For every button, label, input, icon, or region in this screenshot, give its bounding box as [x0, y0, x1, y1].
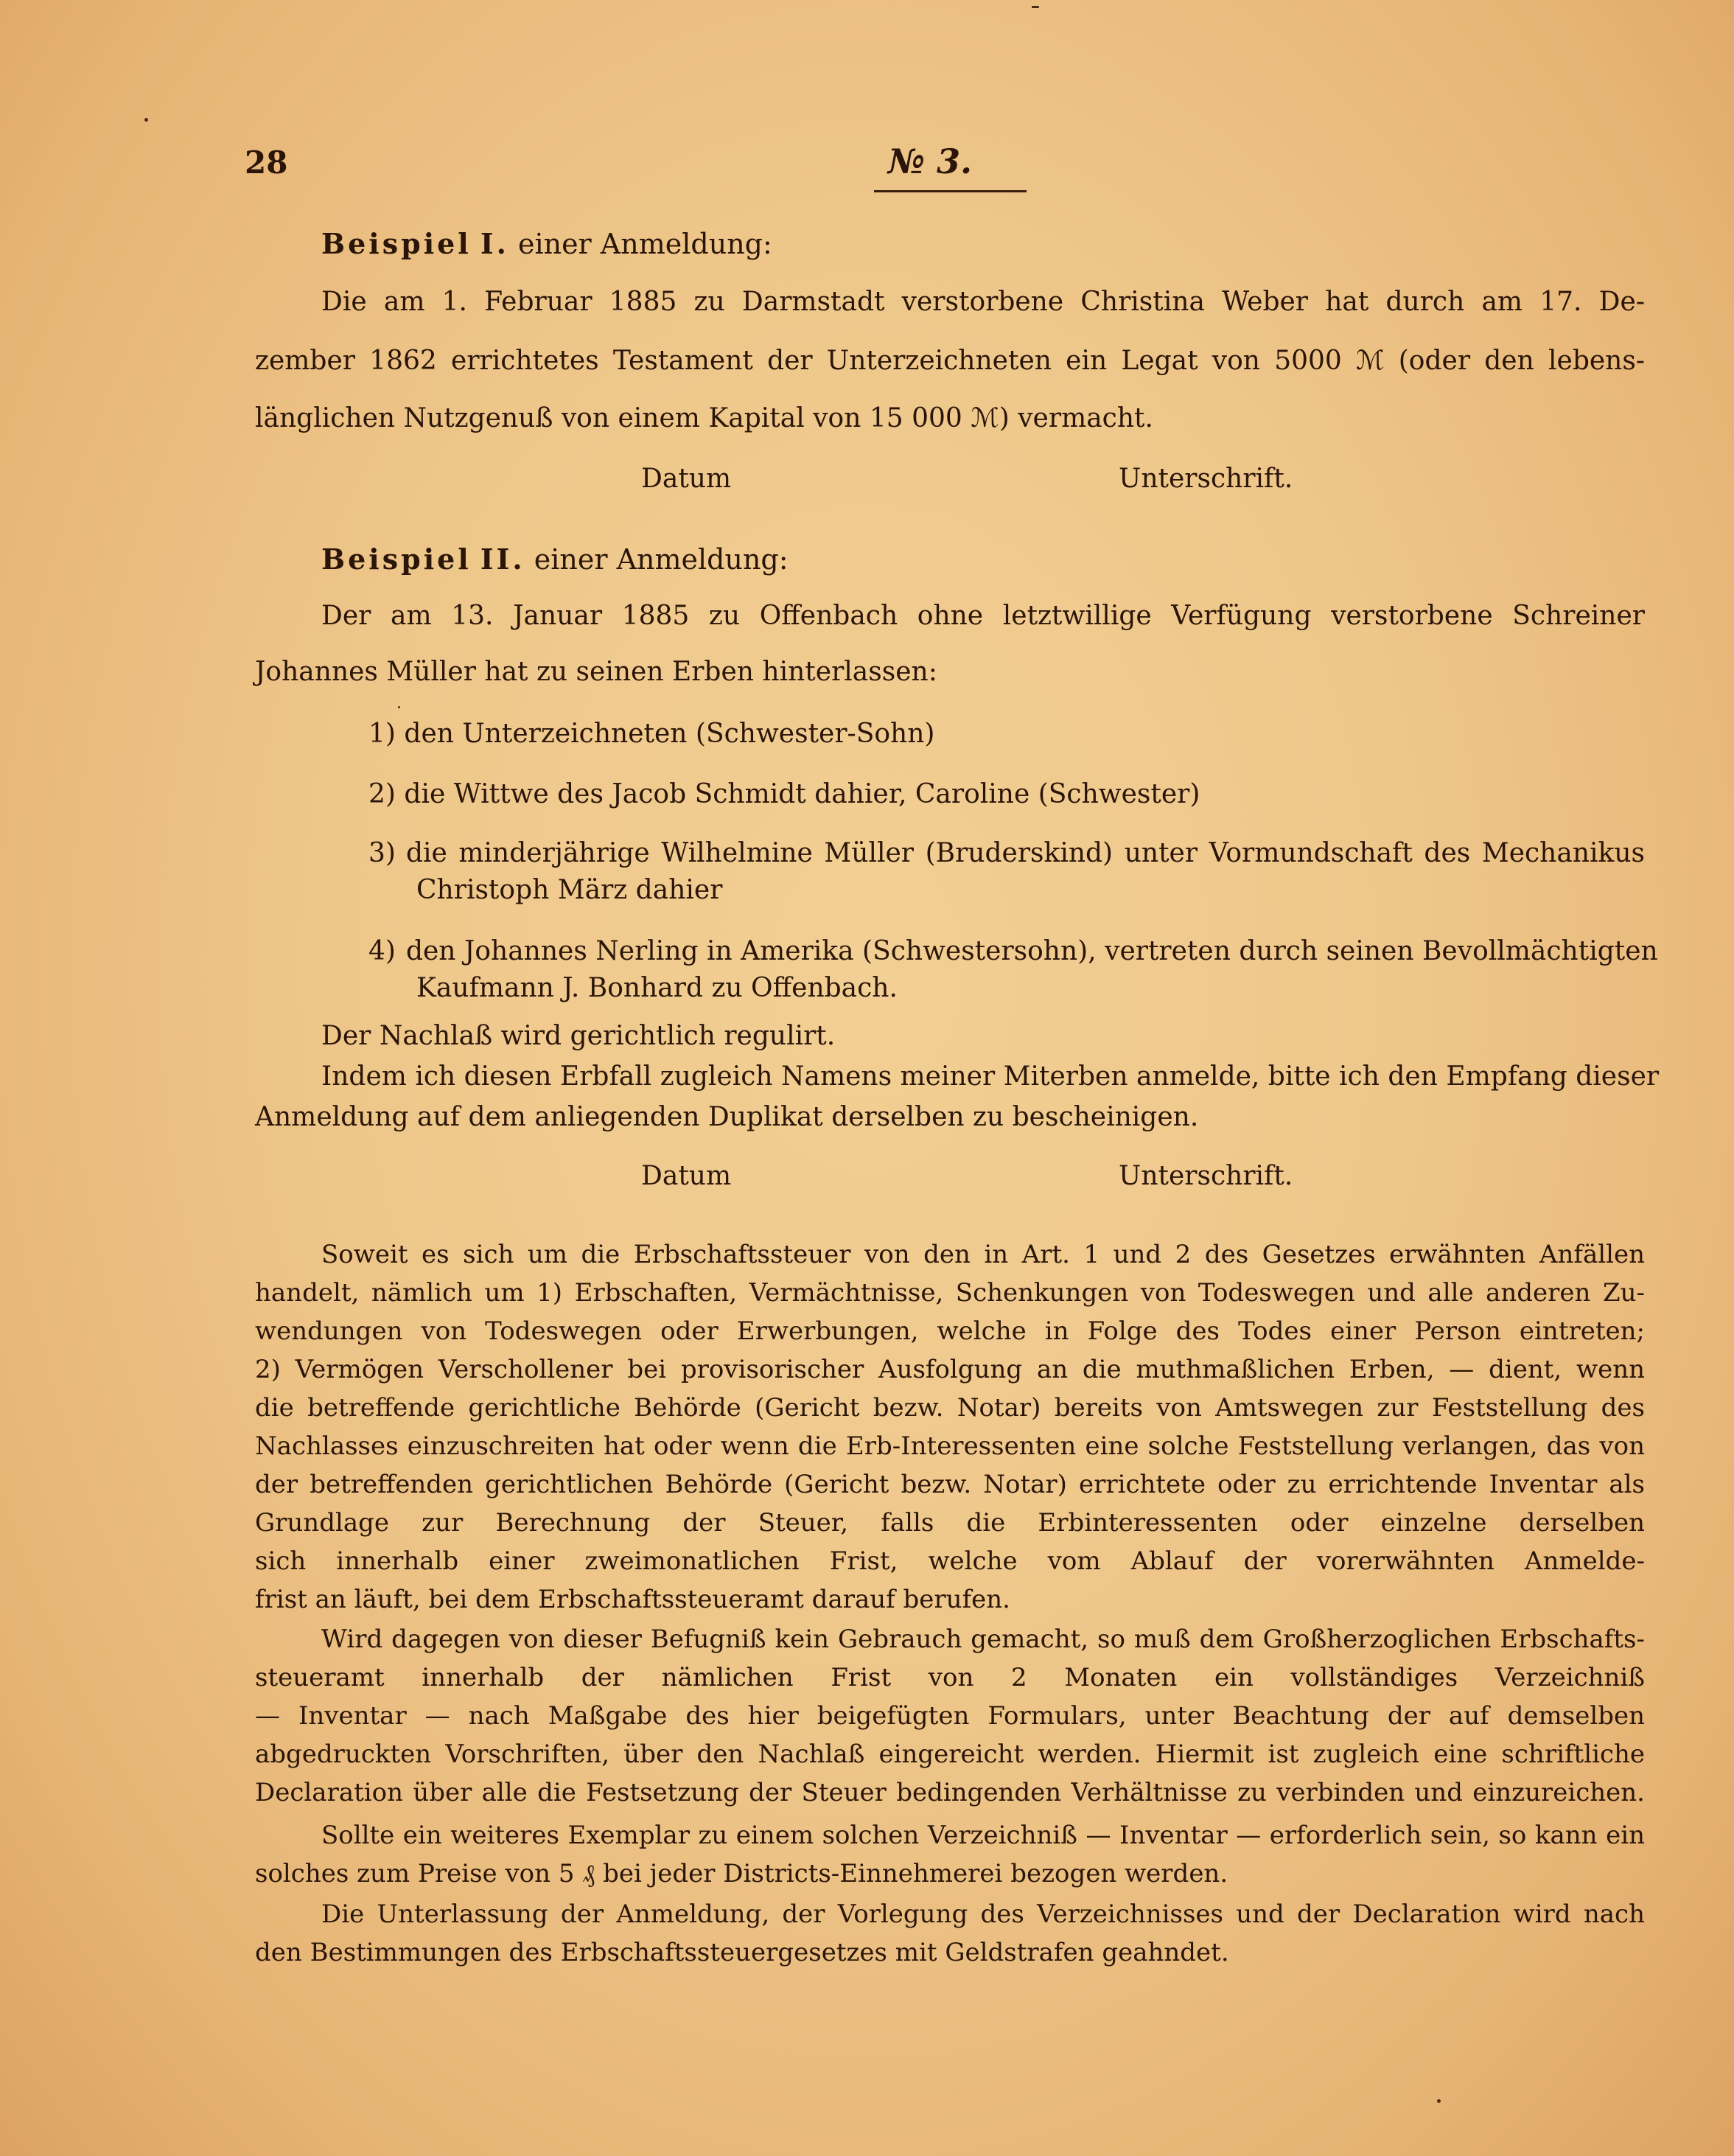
paragraph-text: Sollte ein weiteres Exemplar zu einem so…: [321, 1816, 1645, 1855]
heir-text: die Wittwe des Jacob Schmidt dahier, Car…: [404, 779, 1200, 809]
paragraph-text: den Bestimmungen des Erbschaftssteuerges…: [255, 1933, 1229, 1972]
paragraph-text: die betreffende gerichtliche Behörde (Ge…: [255, 1389, 1645, 1427]
paper-speck: [144, 118, 148, 122]
paragraph-4: Die Unterlassung der Anmeldung, der Vorl…: [255, 1895, 1645, 1972]
paragraph-line: Wird dagegen von dieser Befugniß kein Ge…: [255, 1620, 1645, 1658]
paragraph-text: — Inventar — nach Maßgabe des hier beige…: [255, 1697, 1645, 1735]
paragraph-line: Die Unterlassung der Anmeldung, der Vorl…: [255, 1895, 1645, 1933]
heir-number: 3): [368, 840, 396, 867]
paragraph-text: Nachlasses einzuschreiten hat oder wenn …: [255, 1427, 1645, 1465]
paragraph-1: Soweit es sich um die Erbschaftssteuer v…: [255, 1235, 1645, 1619]
example2-heading-rest: einer Anmeldung:: [534, 543, 789, 576]
heir-text: den Johannes Nerling in Amerika (Schwest…: [406, 938, 1658, 965]
paragraph-line: Grundlage zur Berechnung der Steuer, fal…: [255, 1504, 1645, 1542]
example2-heading-numeral: II.: [480, 543, 525, 576]
paragraph-line: — Inventar — nach Maßgabe des hier beige…: [255, 1697, 1645, 1735]
paragraph-text: sich innerhalb einer zweimonatlichen Fri…: [255, 1542, 1645, 1580]
paragraph-line: frist an läuft, bei dem Erbschaftssteuer…: [255, 1580, 1645, 1619]
paragraph-line: Declaration über alle die Festsetzung de…: [255, 1773, 1645, 1812]
heir-number: 4): [368, 938, 396, 965]
heir-item-4-cont: Kaufmann J. Bonhard zu Offenbach.: [416, 975, 898, 1002]
example2-line-1: Der am 13. Januar 1885 zu Offenbach ohne…: [321, 603, 1645, 629]
paper-speck: [1437, 2099, 1441, 2103]
paragraph-text: Die Unterlassung der Anmeldung, der Vorl…: [321, 1895, 1645, 1933]
example1-line-2: zember 1862 errichtetes Testament der Un…: [255, 348, 1645, 374]
paragraph-line: Nachlasses einzuschreiten hat oder wenn …: [255, 1427, 1645, 1465]
paragraph-text: frist an läuft, bei dem Erbschaftssteuer…: [255, 1580, 1010, 1619]
request-text: Indem ich diesen Erbfall zugleich Namens…: [321, 1064, 1645, 1090]
example2-heading: Beispiel II. einer Anmeldung:: [321, 545, 789, 573]
example2-signature-label: Unterschrift.: [1119, 1163, 1293, 1190]
example1-text: zember 1862 errichtetes Testament der Un…: [255, 348, 1645, 374]
heir-text: den Unterzeichneten (Schwester-Sohn): [404, 719, 934, 749]
issue-number: № 3.: [888, 142, 972, 181]
example2-date-label: Datum: [641, 1163, 731, 1190]
example1-line-3: länglichen Nutzgenuß von einem Kapital v…: [255, 405, 1153, 432]
example1-heading-rest: einer Anmeldung:: [518, 228, 772, 260]
page-number: 28: [245, 144, 287, 181]
paragraph-line: wendungen von Todeswegen oder Erwerbunge…: [255, 1312, 1645, 1350]
heir-number: 1): [368, 719, 396, 749]
paragraph-line: die betreffende gerichtliche Behörde (Ge…: [255, 1389, 1645, 1427]
example1-date-label: Datum: [641, 466, 731, 492]
paragraph-line: abgedruckten Vorschriften, über den Nach…: [255, 1735, 1645, 1773]
paper-speck: [1032, 6, 1039, 8]
example2-text: Der am 13. Januar 1885 zu Offenbach ohne…: [321, 603, 1645, 629]
request-line-1: Indem ich diesen Erbfall zugleich Namens…: [321, 1064, 1645, 1090]
example1-signature-label: Unterschrift.: [1119, 466, 1293, 492]
paragraph-text: Grundlage zur Berechnung der Steuer, fal…: [255, 1504, 1645, 1542]
paragraph-text: der betreffenden gerichtlichen Behörde (…: [255, 1465, 1645, 1504]
paragraph-text: solches zum Preise von 5 ₰ bei jeder Dis…: [255, 1855, 1228, 1893]
paragraph-line: den Bestimmungen des Erbschaftssteuerges…: [255, 1933, 1645, 1972]
paragraph-line: Sollte ein weiteres Exemplar zu einem so…: [255, 1816, 1645, 1855]
paragraph-line: Soweit es sich um die Erbschaftssteuer v…: [255, 1235, 1645, 1274]
paragraph-line: solches zum Preise von 5 ₰ bei jeder Dis…: [255, 1855, 1645, 1893]
heir-item-1: 1) den Unterzeichneten (Schwester-Sohn): [368, 721, 934, 747]
paragraph-text: Wird dagegen von dieser Befugniß kein Ge…: [321, 1620, 1645, 1658]
example1-text: Die am 1. Februar 1885 zu Darmstadt vers…: [321, 289, 1645, 315]
heir-item-3-cont: Christoph März dahier: [416, 877, 722, 904]
paragraph-line: handelt, nämlich um 1) Erbschaften, Verm…: [255, 1274, 1645, 1312]
heir-item-2: 2) die Wittwe des Jacob Schmidt dahier, …: [368, 781, 1200, 808]
paragraph-line: 2) Vermögen Verschollener bei provisoris…: [255, 1350, 1645, 1389]
paragraph-text: Declaration über alle die Festsetzung de…: [255, 1773, 1645, 1812]
heir-number: 2): [368, 779, 396, 809]
paper-speck: [398, 706, 400, 708]
example1-heading-numeral: I.: [480, 227, 509, 260]
heir-text: die minderjährige Wilhelmine Müller (Bru…: [406, 840, 1645, 867]
example2-heading-word: Beispiel: [321, 543, 472, 576]
paragraph-text: handelt, nämlich um 1) Erbschaften, Verm…: [255, 1274, 1645, 1312]
paragraph-line: der betreffenden gerichtlichen Behörde (…: [255, 1465, 1645, 1504]
paragraph-text: 2) Vermögen Verschollener bei provisoris…: [255, 1350, 1645, 1389]
paragraph-line: steueramt innerhalb der nämlichen Frist …: [255, 1658, 1645, 1697]
paragraph-2: Wird dagegen von dieser Befugniß kein Ge…: [255, 1620, 1645, 1812]
document-page: 28 № 3. Beispiel I. einer Anmeldung: Die…: [0, 0, 1734, 2156]
example1-heading-word: Beispiel: [321, 227, 472, 260]
paragraph-text: wendungen von Todeswegen oder Erwerbunge…: [255, 1312, 1645, 1350]
estate-note: Der Nachlaß wird gerichtlich regulirt.: [321, 1023, 835, 1050]
paragraph-text: Soweit es sich um die Erbschaftssteuer v…: [321, 1235, 1645, 1274]
heir-item-3: 3) die minderjährige Wilhelmine Müller (…: [368, 840, 1645, 867]
request-line-2: Anmeldung auf dem anliegenden Duplikat d…: [255, 1104, 1198, 1131]
paragraph-3: Sollte ein weiteres Exemplar zu einem so…: [255, 1816, 1645, 1893]
example1-heading: Beispiel I. einer Anmeldung:: [321, 230, 772, 258]
example1-line-1: Die am 1. Februar 1885 zu Darmstadt vers…: [321, 289, 1645, 315]
paragraph-text: steueramt innerhalb der nämlichen Frist …: [255, 1658, 1645, 1697]
heir-item-4: 4) den Johannes Nerling in Amerika (Schw…: [368, 938, 1645, 965]
paragraph-text: abgedruckten Vorschriften, über den Nach…: [255, 1735, 1645, 1773]
issue-underline: [874, 190, 1027, 192]
example2-line-2: Johannes Müller hat zu seinen Erben hint…: [255, 659, 937, 685]
paragraph-line: sich innerhalb einer zweimonatlichen Fri…: [255, 1542, 1645, 1580]
